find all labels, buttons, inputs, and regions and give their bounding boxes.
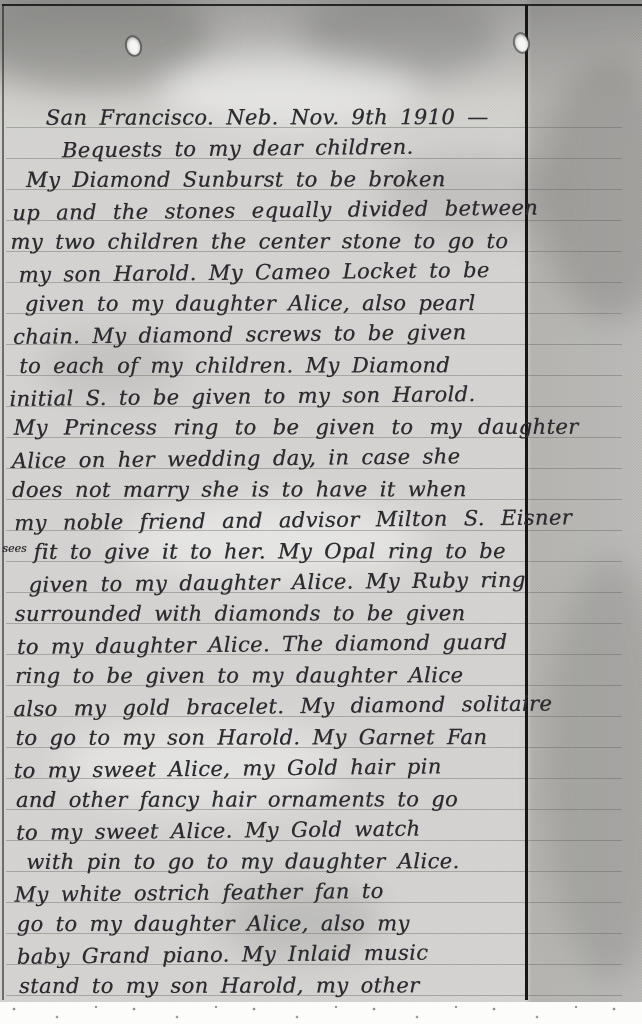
- handwriting-line: my noble friend and advisor Milton S. Ei…: [14, 503, 572, 539]
- handwriting-line: My Princess ring to be given to my daugh…: [14, 413, 579, 444]
- handwriting-line: Alice on her wedding day, in case she: [12, 442, 461, 477]
- handwriting-line: given to my daughter Alice, also pearl: [25, 289, 476, 320]
- handwriting-line: ring to be given to my daughter Alice: [15, 661, 463, 692]
- handwriting-text: San Francisco. Neb. Nov. 9th 1910 — Bequ…: [0, 0, 642, 1002]
- handwriting-line: my son Harold. My Cameo Locket to be: [18, 256, 489, 291]
- handwriting-line: stand to my son Harold, my other: [19, 971, 420, 1002]
- page-edge-left: [2, 4, 4, 1000]
- handwriting-line: surrounded with diamonds to be given: [15, 599, 466, 630]
- salutation: Bequests to my dear children.: [62, 133, 414, 167]
- handwriting-line: with pin to go to my daughter Alice.: [26, 847, 459, 878]
- handwriting-line: to my daughter Alice. The diamond guard: [17, 628, 508, 663]
- handwriting-line: to my sweet Alice. My Gold watch: [16, 815, 421, 849]
- handwriting-line: baby Grand piano. My Inlaid music: [17, 938, 429, 972]
- scanned-document: San Francisco. Neb. Nov. 9th 1910 — Bequ…: [0, 0, 642, 1024]
- handwriting-line: my two children the center stone to go t…: [10, 227, 508, 258]
- page-edge-top: [2, 4, 642, 6]
- handwriting-line: chain. My diamond screws to be given: [13, 318, 467, 353]
- handwriting-line: to my sweet Alice, my Gold hair pin: [13, 752, 441, 786]
- handwriting-line: given to my daughter Alice. My Ruby ring: [28, 566, 525, 601]
- paper-sheet: San Francisco. Neb. Nov. 9th 1910 — Bequ…: [0, 0, 642, 1002]
- handwriting-line: and other fancy hair ornaments to go: [16, 785, 458, 816]
- margin-note: sees: [2, 535, 26, 563]
- handwriting-line: My white ostrich feather fan to: [14, 877, 383, 911]
- handwriting-line: seesfit to give it to her. My Opal ring …: [2, 537, 506, 568]
- handwriting-line-text: fit to give it to her. My Opal ring to b…: [34, 539, 506, 564]
- dateline: San Francisco. Neb. Nov. 9th 1910 —: [46, 103, 489, 134]
- handwriting-line: does not marry she is to have it when: [12, 475, 467, 506]
- handwriting-line: go to my daughter Alice, also my: [17, 909, 410, 940]
- handwriting-line: to each of my children. My Diamond: [19, 351, 450, 382]
- handwriting-line: initial S. to be given to my son Harold.: [9, 380, 475, 415]
- handwriting-line: also my gold bracelet. My diamond solita…: [13, 689, 552, 725]
- scan-bottom-edge: [0, 1002, 642, 1024]
- handwriting-line: up and the stones equally divided betwee…: [12, 194, 538, 230]
- handwriting-line: My Diamond Sunburst to be broken: [26, 165, 446, 196]
- handwriting-line: to go to my son Harold. My Garnet Fan: [15, 723, 487, 754]
